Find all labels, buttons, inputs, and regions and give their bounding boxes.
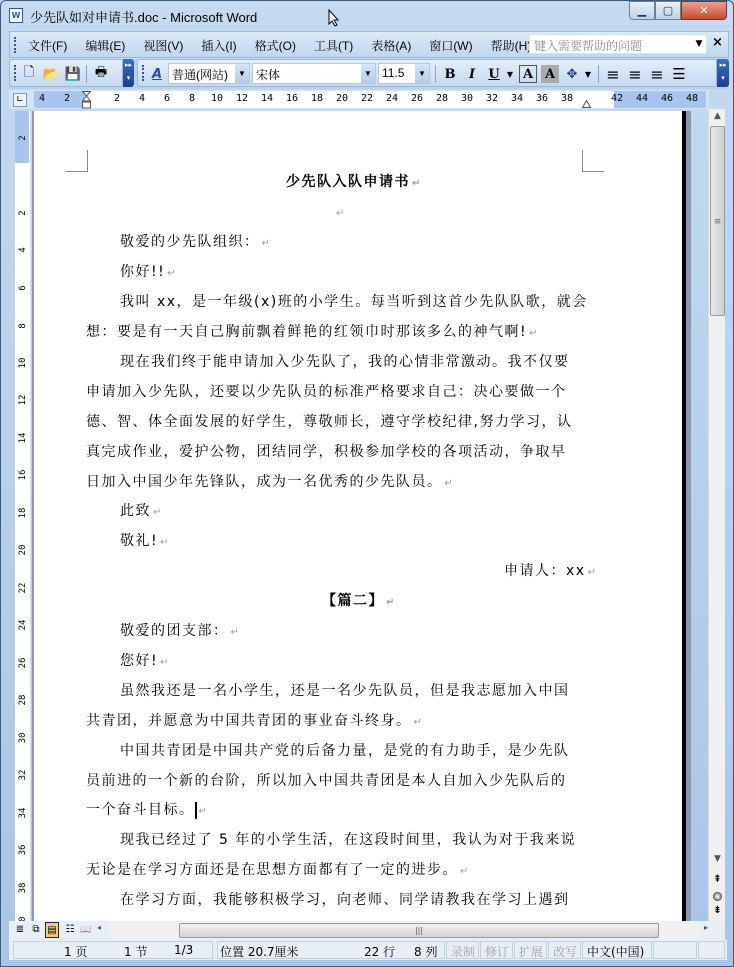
toolbar-row: 🗋 📂 💾 🖶 ▸▸▾ A 普通(网站) ▼ 宋体 ▼ 11.5 ▼ B bbox=[9, 59, 729, 89]
font-select[interactable]: 宋体 ▼ bbox=[252, 63, 376, 84]
document-line[interactable]: 敬爱的少先队组织：↵ bbox=[120, 232, 271, 254]
ruler-tick-label: 12 bbox=[236, 93, 248, 104]
status-extend-selection[interactable]: 扩展 bbox=[514, 941, 547, 959]
word-app-icon[interactable]: W bbox=[9, 8, 23, 23]
next-page-icon[interactable]: ⇟ bbox=[709, 905, 726, 916]
paragraph-mark-icon: ↵ bbox=[414, 717, 424, 728]
ruler-tick-label: 4 bbox=[39, 93, 45, 104]
right-indent-marker-icon[interactable] bbox=[582, 100, 591, 108]
toolbar-separator bbox=[598, 65, 599, 83]
line-text: 德、智、体全面发展的好学生，尊敬师长，遵守学校纪律,努力学习，认 bbox=[86, 414, 572, 430]
document-line[interactable]: 申请人：xx↵ bbox=[504, 561, 597, 583]
window-title: 少先队如对申请书.doc - Microsoft Word bbox=[30, 7, 257, 26]
paragraph-mark-icon: ↵ bbox=[167, 268, 177, 279]
ruler-tick-label: 30 bbox=[18, 731, 28, 745]
standard-toolbar: 🗋 📂 💾 🖶 bbox=[9, 59, 123, 87]
ruler-tick-label: 14 bbox=[18, 431, 28, 445]
window-controls: ▁ ▢ ✕ bbox=[629, 1, 727, 20]
close-document-button[interactable]: × bbox=[712, 35, 723, 50]
status-language[interactable]: 中文(中国) bbox=[582, 941, 652, 959]
document-page[interactable]: 少先队入队申请书↵↵敬爱的少先队组织：↵你好!!↵我叫 xx，是一年级(x)班的… bbox=[34, 111, 686, 921]
ruler-tick-label: 36 bbox=[18, 843, 28, 857]
status-page-of: 1/3 bbox=[174, 943, 193, 957]
ruler-tick-label: 28 bbox=[18, 693, 28, 707]
character-shading-button[interactable]: A bbox=[541, 65, 559, 83]
font-select-value: 宋体 bbox=[256, 68, 280, 82]
line-text: 申请人：xx bbox=[504, 563, 586, 579]
ruler-tick-label: 8 bbox=[18, 319, 28, 333]
status-page-info[interactable]: 1 页 1 节 1/3 bbox=[13, 941, 213, 959]
paragraph-mark-icon: ↵ bbox=[412, 178, 422, 189]
document-line[interactable]: 敬爱的团支部：↵ bbox=[120, 621, 240, 643]
select-browse-object-icon[interactable] bbox=[713, 892, 722, 901]
scroll-up-icon[interactable]: ▲ bbox=[709, 111, 726, 125]
document-line[interactable]: ↵ bbox=[334, 202, 346, 224]
help-dropdown-icon[interactable]: ▼ bbox=[692, 35, 706, 53]
ruler-tick-label: 16 bbox=[286, 93, 298, 104]
character-border-button[interactable]: A bbox=[519, 65, 537, 83]
font-size-select[interactable]: 11.5 ▼ bbox=[378, 63, 430, 84]
menu-file[interactable]: 文件(F) bbox=[26, 37, 75, 54]
document-line[interactable]: 虽然我还是一名小学生，还是一名少先队员，但是我志愿加入中国 bbox=[120, 681, 570, 701]
align-center-button[interactable]: ≡ bbox=[626, 65, 644, 83]
chevron-down-icon[interactable]: ▼ bbox=[361, 64, 375, 83]
chevron-down-icon[interactable]: ▼ bbox=[415, 64, 429, 83]
crop-mark-top-right bbox=[582, 150, 604, 172]
document-line[interactable]: 日加入中国少年先锋队，成为一名优秀的少先队员。↵ bbox=[86, 472, 454, 494]
document-line[interactable]: 一个奋斗目标。↵ bbox=[86, 800, 208, 822]
document-line[interactable]: 真完成作业，爱护公物，团结同学，积极参加学校的各项活动，争取早 bbox=[86, 442, 567, 462]
ruler-tick-label: 20 bbox=[336, 93, 348, 104]
ruler-tick-label: 2 bbox=[18, 206, 28, 220]
status-position: 位置 20.7厘米 bbox=[220, 943, 299, 960]
bold-button[interactable]: B bbox=[441, 65, 459, 83]
ruler-tick-label: 34 bbox=[511, 93, 523, 104]
horizontal-ruler-row: ∟ 42246810121416182022242628303234363842… bbox=[9, 90, 709, 109]
scroll-thumb[interactable]: ≡ bbox=[710, 126, 725, 316]
status-record-macro[interactable]: 录制 bbox=[446, 941, 479, 959]
document-line[interactable]: 敬礼!↵ bbox=[120, 531, 170, 553]
vertical-ruler[interactable]: 2246810121416182022242628303234363840 bbox=[15, 111, 31, 921]
document-line[interactable]: 中国共青团是中国共产党的后备力量，是党的有力助手，是少先队 bbox=[120, 741, 570, 761]
vertical-scrollbar[interactable]: ▲ ≡ ▼ ⇞ ⇟ bbox=[708, 109, 725, 921]
ruler-tick-label: 14 bbox=[261, 93, 273, 104]
ruler-tick-label: 2 bbox=[18, 131, 28, 145]
status-page: 1 页 bbox=[64, 943, 87, 960]
line-text: 敬爱的少先队组织： bbox=[120, 234, 260, 250]
tab-selector-button[interactable]: ∟ bbox=[13, 93, 27, 107]
paragraph-mark-icon: ↵ bbox=[153, 507, 163, 518]
crop-mark-top-left bbox=[66, 150, 88, 172]
paragraph-mark-icon: ↵ bbox=[336, 208, 346, 219]
ruler-tick-label: 32 bbox=[18, 768, 28, 782]
ruler-tick-label: 16 bbox=[18, 468, 28, 482]
ruler-tick-label: 22 bbox=[18, 581, 28, 595]
line-text: 在学习方面，我能够积极学习，向老师、同学请教我在学习上遇到 bbox=[120, 892, 570, 908]
align-right-button[interactable]: ≡ bbox=[648, 65, 666, 83]
maximize-button[interactable]: ▢ bbox=[655, 1, 681, 20]
menu-bar: 文件(F) 编辑(E) 视图(V) 插入(I) 格式(O) 工具(T) 表格(A… bbox=[9, 31, 729, 58]
style-select[interactable]: 普通(网站) ▼ bbox=[168, 63, 250, 84]
line-text: 您好! bbox=[120, 653, 158, 669]
ruler-tick-label: 44 bbox=[636, 93, 648, 104]
paragraph-mark-icon: ↵ bbox=[529, 328, 539, 339]
document-line[interactable]: 德、智、体全面发展的好学生，尊敬师长，遵守学校纪律,努力学习，认 bbox=[86, 412, 572, 432]
paragraph-mark-icon: ↵ bbox=[386, 597, 396, 608]
line-text: 现在我们终于能申请加入少先队了，我的心情非常激动。我不仅要 bbox=[120, 354, 570, 370]
styles-formatting-icon[interactable]: A bbox=[148, 65, 166, 83]
document-line[interactable]: 您好!↵ bbox=[120, 651, 170, 673]
ruler-tick-label: 48 bbox=[686, 93, 698, 104]
paragraph-mark-icon: ↵ bbox=[262, 238, 272, 249]
document-line[interactable]: 共青团，并愿意为中国共青团的事业奋斗终身。↵ bbox=[86, 711, 423, 733]
paragraph-mark-icon: ↵ bbox=[588, 567, 598, 578]
horizontal-scrollbar[interactable]: ||| bbox=[109, 922, 701, 939]
status-position-info[interactable]: 位置 20.7厘米 22 行 8 列 bbox=[217, 941, 445, 959]
menu-list: 文件(F) 编辑(E) 视图(V) 插入(I) 格式(O) 工具(T) 表格(A… bbox=[26, 37, 547, 54]
document-line[interactable]: 员前进的一个新的台阶，所以加入中国共青团是本人自加入少先队后的 bbox=[86, 771, 567, 791]
menu-insert[interactable]: 插入(I) bbox=[199, 37, 244, 54]
paragraph-mark-icon: ↵ bbox=[231, 627, 241, 638]
document-line[interactable]: 我叫 xx，是一年级(x)班的小学生。每当听到这首少先队队歌，就会 bbox=[120, 292, 588, 312]
document-line[interactable]: 在学习方面，我能够积极学习，向老师、同学请教我在学习上遇到 bbox=[120, 890, 570, 910]
paragraph-mark-icon: ↵ bbox=[160, 537, 170, 548]
line-text: 想：要是有一天自己胸前飘着鲜艳的红领巾时那该多么的神气啊! bbox=[86, 324, 527, 340]
ruler-tick-label: 30 bbox=[461, 93, 473, 104]
line-text: 中国共青团是中国共产党的后备力量，是党的有力助手，是少先队 bbox=[120, 743, 570, 759]
mouse-pointer-icon bbox=[328, 9, 340, 27]
document-line[interactable]: 此致↵ bbox=[120, 501, 163, 523]
distributed-align-button[interactable]: ☰ bbox=[670, 65, 688, 83]
ruler-tick-label: 4 bbox=[139, 93, 145, 104]
ruler-tick-label: 2 bbox=[64, 93, 70, 104]
ruler-tick-label: 4 bbox=[18, 243, 28, 257]
menubar-grip-icon[interactable] bbox=[14, 37, 16, 53]
toolbar-grip-icon[interactable] bbox=[142, 65, 144, 81]
line-text: 真完成作业，爱护公物，团结同学，积极参加学校的各项活动，争取早 bbox=[86, 444, 567, 460]
document-line[interactable]: 想：要是有一天自己胸前飘着鲜艳的红领巾时那该多么的神气啊!↵ bbox=[86, 322, 539, 344]
status-column: 8 列 bbox=[414, 943, 437, 960]
help-search-input[interactable]: 键入需要帮助的问题 bbox=[529, 34, 707, 54]
line-text: 现我已经过了 5 年的小学生活，在这段时间里，我认为对于我来说 bbox=[120, 832, 576, 848]
ruler-tick-label: 18 bbox=[311, 93, 323, 104]
document-line[interactable]: 申请加入少先队，还要以少先队员的标准严格要求自己：决心要做一个 bbox=[86, 382, 567, 402]
line-text: 【篇二】 bbox=[322, 593, 384, 609]
style-select-value: 普通(网站) bbox=[172, 68, 228, 82]
outline-view-icon[interactable]: ☷ bbox=[63, 922, 77, 938]
close-button[interactable]: ✕ bbox=[681, 1, 727, 20]
document-area[interactable]: 少先队入队申请书↵↵敬爱的少先队组织：↵你好!!↵我叫 xx，是一年级(x)班的… bbox=[32, 111, 691, 921]
ruler-tick-label: 38 bbox=[561, 93, 573, 104]
ruler-tick-label: 46 bbox=[661, 93, 673, 104]
ruler-tick-label: 38 bbox=[18, 881, 28, 895]
ruler-tick-label: 28 bbox=[436, 93, 448, 104]
status-section: 1 节 bbox=[124, 943, 147, 960]
print-icon[interactable]: 🖶 bbox=[92, 65, 110, 83]
toolbar-options-chevron-icon[interactable]: ▸▸▾ bbox=[717, 59, 729, 87]
ruler-tick-label: 26 bbox=[411, 93, 423, 104]
status-line: 22 行 bbox=[364, 943, 395, 960]
print-layout-view-icon[interactable]: ▤ bbox=[45, 922, 59, 938]
status-overtype[interactable]: 改写 bbox=[548, 941, 581, 959]
scroll-left-icon[interactable]: ◂ bbox=[97, 923, 101, 932]
resize-grip[interactable] bbox=[698, 941, 725, 959]
ruler-tick-label: 36 bbox=[536, 93, 548, 104]
line-text: 员前进的一个新的台阶，所以加入中国共青团是本人自加入少先队后的 bbox=[86, 773, 567, 789]
line-text: 你好!! bbox=[120, 264, 165, 280]
scroll-down-icon[interactable]: ▼ bbox=[709, 854, 726, 868]
ruler-tick-label: 32 bbox=[486, 93, 498, 104]
toolbar-separator bbox=[435, 65, 436, 83]
document-line[interactable]: 你好!!↵ bbox=[120, 262, 177, 284]
web-layout-view-icon[interactable]: ⧉ bbox=[29, 922, 43, 938]
toolbar-separator bbox=[86, 65, 87, 83]
horizontal-scroll-row: ≣ ⧉ ▤ ☷ 📖 ◂ ||| ▸ bbox=[9, 921, 725, 940]
ruler-tick-label: 24 bbox=[386, 93, 398, 104]
ruler-tick-label: 2 bbox=[114, 93, 120, 104]
scroll-right-icon[interactable]: ▸ bbox=[704, 923, 708, 932]
font-size-value: 11.5 bbox=[382, 66, 404, 80]
menu-tools[interactable]: 工具(T) bbox=[312, 37, 361, 54]
align-justify-button[interactable]: ≡ bbox=[604, 65, 622, 83]
toolbar-options-chevron-icon[interactable]: ▸▸▾ bbox=[123, 59, 134, 87]
save-icon[interactable]: 💾 bbox=[64, 65, 82, 83]
line-text: 虽然我还是一名小学生，还是一名少先队员，但是我志愿加入中国 bbox=[120, 683, 570, 699]
title-bar[interactable]: W 少先队如对申请书.doc - Microsoft Word ▁ ▢ ✕ bbox=[1, 1, 733, 31]
menu-table[interactable]: 表格(A) bbox=[369, 37, 419, 54]
ruler-tick-label: 26 bbox=[18, 656, 28, 670]
line-text: 此致 bbox=[120, 503, 151, 519]
ruler-tick-label: 42 bbox=[611, 93, 623, 104]
open-folder-icon[interactable]: 📂 bbox=[42, 65, 60, 83]
ruler-tick-label: 10 bbox=[18, 356, 28, 370]
paragraph-mark-icon: ↵ bbox=[199, 806, 209, 817]
indent-marker-icon[interactable] bbox=[82, 91, 91, 109]
paragraph-mark-icon: ↵ bbox=[445, 478, 455, 489]
document-line[interactable]: 现我已经过了 5 年的小学生活，在这段时间里，我认为对于我来说 bbox=[120, 830, 576, 850]
ruler-tick-label: 22 bbox=[361, 93, 373, 104]
line-text: 日加入中国少年先锋队，成为一名优秀的少先队员。 bbox=[86, 474, 443, 490]
status-bar: 1 页 1 节 1/3 位置 20.7厘米 22 行 8 列 录制 修订 扩展 … bbox=[9, 940, 727, 960]
toolbar-grip-icon[interactable] bbox=[14, 65, 16, 81]
italic-button[interactable]: I bbox=[463, 65, 481, 83]
ruler-tick-label: 6 bbox=[18, 281, 28, 295]
word-window: W 少先队如对申请书.doc - Microsoft Word ▁ ▢ ✕ 文件… bbox=[0, 0, 734, 967]
document-line[interactable]: 无论是在学习方面还是在思想方面都有了一定的进步。↵ bbox=[86, 860, 470, 882]
document-heading[interactable]: 【篇二】↵ bbox=[322, 591, 396, 613]
minimize-button[interactable]: ▁ bbox=[629, 1, 655, 20]
ruler-tick-label: 20 bbox=[18, 543, 28, 557]
status-empty-cell bbox=[653, 941, 697, 959]
line-text: 共青团，并愿意为中国共青团的事业奋斗终身。 bbox=[86, 713, 412, 729]
horizontal-ruler[interactable]: 4224681012141618202224262830323436384244… bbox=[34, 91, 706, 108]
line-text: 我叫 xx，是一年级(x)班的小学生。每当听到这首少先队队歌，就会 bbox=[120, 294, 588, 310]
document-heading[interactable]: 少先队入队申请书↵ bbox=[286, 172, 422, 194]
line-text: 敬爱的团支部： bbox=[120, 623, 229, 639]
normal-view-icon[interactable]: ≣ bbox=[13, 922, 27, 938]
ruler-tick-label: 8 bbox=[189, 93, 195, 104]
line-text: 少先队入队申请书 bbox=[286, 174, 410, 190]
document-line[interactable]: 现在我们终于能申请加入少先队了，我的心情非常激动。我不仅要 bbox=[120, 352, 570, 372]
previous-page-icon[interactable]: ⇞ bbox=[709, 874, 726, 885]
ruler-tick-label: 6 bbox=[164, 93, 170, 104]
status-track-changes[interactable]: 修订 bbox=[480, 941, 513, 959]
reading-view-icon[interactable]: 📖 bbox=[79, 922, 93, 938]
ruler-tick-label: 12 bbox=[18, 393, 28, 407]
line-text: 申请加入少先队，还要以少先队员的标准严格要求自己：决心要做一个 bbox=[86, 384, 567, 400]
menu-edit[interactable]: 编辑(E) bbox=[83, 37, 133, 54]
ruler-tick-label: 24 bbox=[18, 618, 28, 632]
line-text: 无论是在学习方面还是在思想方面都有了一定的进步。 bbox=[86, 862, 458, 878]
paragraph-mark-icon: ↵ bbox=[160, 657, 170, 668]
paragraph-mark-icon: ↵ bbox=[460, 866, 470, 877]
underline-dropdown-icon[interactable]: ▼ bbox=[501, 65, 519, 83]
menu-format[interactable]: 格式(O) bbox=[253, 37, 304, 54]
line-text: 一个奋斗目标。 bbox=[86, 802, 195, 818]
new-document-icon[interactable]: 🗋 bbox=[20, 65, 38, 83]
ruler-tick-label: 34 bbox=[18, 806, 28, 820]
text-cursor bbox=[195, 802, 197, 819]
chevron-down-icon[interactable]: ▼ bbox=[235, 64, 249, 83]
ruler-tick-label: 10 bbox=[211, 93, 223, 104]
menu-window[interactable]: 窗口(W) bbox=[427, 37, 480, 54]
formatting-toolbar: A 普通(网站) ▼ 宋体 ▼ 11.5 ▼ B I U ▼ A A ✥ ▼ ≡ bbox=[137, 59, 717, 87]
character-scale-dropdown-icon[interactable]: ▼ bbox=[579, 65, 597, 83]
line-text: 敬礼! bbox=[120, 533, 158, 549]
horizontal-scroll-thumb[interactable]: ||| bbox=[179, 923, 659, 938]
ruler-tick-label: 18 bbox=[18, 506, 28, 520]
menu-view[interactable]: 视图(V) bbox=[141, 37, 191, 54]
